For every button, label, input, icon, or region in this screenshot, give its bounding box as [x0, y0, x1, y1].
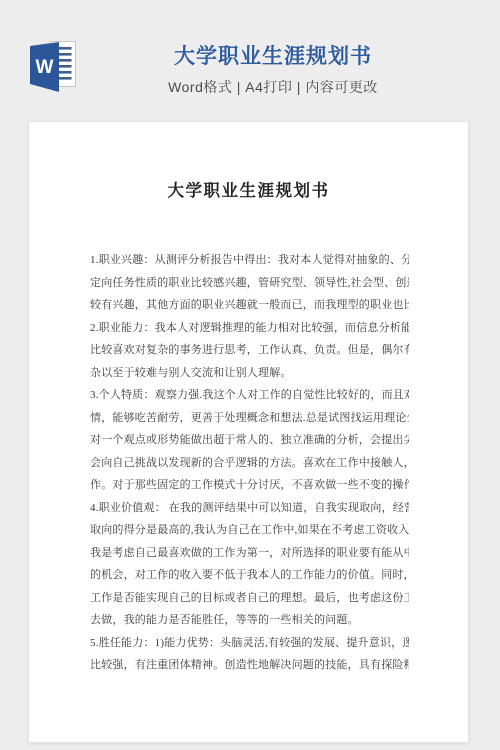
document-body-line: 1.职业兴趣：从测评分析报告中得出：我对本人觉得对抽象的、分析的、灵活的 [90, 249, 409, 272]
document-body-line: 3.个人特质：观察力强.我这个人对工作的自觉性比较好的，而且对工作比较热 [90, 384, 409, 407]
header-title: 大学职业生涯规划书 [46, 45, 500, 69]
header: 大学职业生涯规划书 Word格式 | A4打印 | 内容可更改 [46, 45, 500, 95]
document-body-line: 定向任务性质的职业比较感兴趣，管研究型、领导性,社会型、创造型的工作比 [90, 272, 409, 295]
document-body-line: 比较强，有注重团体精神。创造性地解决问题的技能，具有探险精神、创造意识 [90, 654, 409, 677]
document-body-line: 5.胜任能力：1)能力优势：头脑灵活,有较强的发展、提升意识，逻辑推理能力 [90, 632, 409, 655]
document-body-line: 4.职业价值观： 在我的测评结果中可以知道，自我实现取向，经营取向，才能 [90, 497, 409, 520]
document-body-line: 去做，我的能力是否能胜任，等等的一些相关的问题。 [90, 609, 409, 632]
document-body-line: 的机会，对工作的收入要不低于我本人的工作能力的价值。同时，也会考虑这份 [90, 564, 409, 587]
document-body-line: 情，能够吃苦耐劳，更善于处理概念和想法.总是试图找运用理论分析各种问题： [90, 407, 409, 430]
document-body-line: 会向自己挑战以发现新的合乎逻辑的方法。喜欢在工作中接触人，和喜欢团体工 [90, 452, 409, 475]
page: W 大学职业生涯规划书 Word格式 | A4打印 | 内容可更改 大学职业生涯… [0, 0, 500, 750]
header-subtitle: Word格式 | A4打印 | 内容可更改 [46, 80, 500, 95]
document-body-line: 对一个观点或形势能做出超于常人的、独立准确的分析，会提出尖锐的问题，也 [90, 429, 409, 452]
document-body: 1.职业兴趣：从测评分析报告中得出：我对本人觉得对抽象的、分析的、灵活的定向任务… [90, 249, 409, 677]
document-body-line: 2.职业能力：我本人对逻辑推理的能力相对比较强，而信息分析能力也不错的， [90, 317, 409, 340]
document-body-line: 我是考虑自己最喜欢做的工作为第一，对所选择的职业要有能从中不断学习知识 [90, 542, 409, 565]
document-preview-page: 大学职业生涯规划书 1.职业兴趣：从测评分析报告中得出：我对本人觉得对抽象的、分… [28, 121, 469, 743]
document-body-line: 杂以至于较难与别人交流和让别人理解。 [90, 362, 409, 385]
document-body-line: 取向的得分是最高的,我认为自己在工作中,如果在不考虑工资收入的前提之下， [90, 519, 409, 542]
document-body-line: 比较喜欢对复杂的事务进行思考，工作认真、负责。但是，偶尔有时想法过于复 [90, 339, 409, 362]
document-body-line: 较有兴趣，其他方面的职业兴趣就一般而已，而我理型的职业也比较的喜欢。 [90, 294, 409, 317]
document-title: 大学职业生涯规划书 [29, 177, 468, 201]
document-body-line: 作。对于那些固定的工作模式十分讨厌，不喜欢做一些不变的操作性工作。 [90, 474, 409, 497]
document-body-line: 工作是否能实现自己的目标或者自己的理想。最后，也考虑这份工作我是否合适 [90, 587, 409, 610]
